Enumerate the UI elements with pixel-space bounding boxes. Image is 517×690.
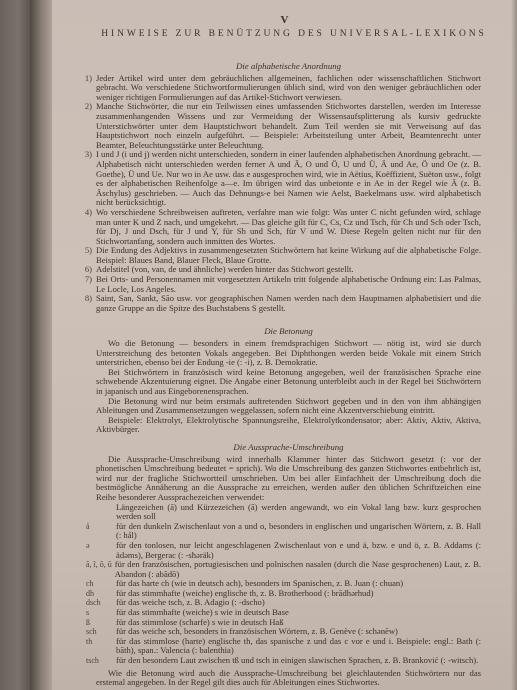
- pronunciation-text: für das stimmlose (harte) englische th, …: [116, 637, 481, 656]
- page-number: V: [52, 14, 517, 26]
- pronunciation-symbol: å: [86, 522, 116, 541]
- pronunciation-symbol: dh: [86, 589, 116, 599]
- pronunciation-symbol: [86, 503, 116, 522]
- list-item: 3)I und J (i und j) werden nicht untersc…: [96, 150, 481, 208]
- item-number: 1): [81, 74, 96, 103]
- item-text: Saint, San, Sankt, São usw. vor geograph…: [96, 294, 481, 313]
- item-number: 7): [81, 275, 96, 294]
- paragraph: Die Betonung wird nur beim erstmals auft…: [96, 397, 481, 416]
- page-content: Die alphabetische Anordnung 1)Jeder Arti…: [96, 62, 481, 688]
- list-item: 5)Die Endung des Adjektivs in zusammenge…: [96, 246, 481, 265]
- item-text: Jeder Artikel wird unter dem gebräuchlic…: [96, 74, 481, 103]
- list-item: 7)Bei Orts- und Personennamen mit vorges…: [96, 275, 481, 294]
- pronunciation-entry: åfür den dunkeln Zwischenlaut von a und …: [96, 522, 481, 541]
- pronunciation-text: für den besondern Laut zwischen tß und t…: [116, 656, 481, 666]
- item-text: Manche Stichwörter, die nur ein Teilwiss…: [96, 102, 481, 150]
- book-page: V HINWEISE ZUR BENÜTZUNG DES UNIVERSAL-L…: [52, 0, 517, 690]
- pronunciation-text: für den französischen, portugiesischen u…: [115, 560, 481, 579]
- section-title-pronunciation: Die Aussprache-Umschreibung: [96, 443, 481, 453]
- item-number: 5): [81, 246, 96, 265]
- pronunciation-symbol: ã, ĩ, õ, ũ: [86, 560, 115, 579]
- pronunciation-symbol: th: [86, 637, 116, 656]
- list-item: 1)Jeder Artikel wird unter dem gebräuchl…: [96, 74, 481, 103]
- pronunciation-symbol: ch: [86, 579, 116, 589]
- pronunciation-symbol: tsch: [86, 656, 116, 666]
- paragraph: Bei Stichwörtern in französisch wird kei…: [96, 368, 481, 397]
- item-number: 4): [81, 208, 96, 246]
- pronunciation-text: für den tonlosen, nur leicht angeschlage…: [116, 541, 481, 560]
- section-title-alphabetical: Die alphabetische Anordnung: [96, 62, 481, 72]
- pronunciation-symbol: dsch: [86, 598, 116, 608]
- item-number: 8): [81, 294, 96, 313]
- section-title-stress: Die Betonung: [96, 327, 481, 337]
- paragraph: Wo die Betonung — besonders in einem fre…: [96, 339, 481, 368]
- item-number: 2): [81, 102, 96, 150]
- item-number: 3): [81, 150, 96, 208]
- pronunciation-symbol: s: [86, 608, 116, 618]
- paragraph-examples: Beispiele: Elektrolyt, Elektrolytische S…: [96, 416, 481, 435]
- pronunciation-text: für den dunkeln Zwischenlaut von a und o…: [116, 522, 481, 541]
- paragraph-closing: Wie die Betonung wird auch die Aussprach…: [96, 669, 481, 688]
- pronunciation-entry: tschfür den besondern Laut zwischen tß u…: [96, 656, 481, 666]
- list-item: 2)Manche Stichwörter, die nur ein Teilwi…: [96, 102, 481, 150]
- paragraph: Die Aussprache-Umschreibung wird innerha…: [96, 455, 481, 503]
- pronunciation-symbol: ß: [86, 618, 116, 628]
- list-item: 4)Wo verschiedene Schreibweisen auftrete…: [96, 208, 481, 246]
- pronunciation-entry: thfür das stimmlose (harte) englische th…: [96, 637, 481, 656]
- item-text: Die Endung des Adjektivs in zusammengese…: [96, 246, 481, 265]
- page-edge-shadow: [511, 0, 517, 690]
- item-text: Bei Orts- und Personennamen mit vorgeset…: [96, 275, 481, 294]
- pronunciation-symbol: sch: [86, 627, 116, 637]
- book-gutter: [30, 0, 54, 690]
- pronunciation-symbol: ə: [86, 541, 116, 560]
- pronunciation-entry: Längezeichen (ā) und Kürzezeichen (ă) we…: [96, 503, 481, 522]
- pronunciation-entry: əfür den tonlosen, nur leicht angeschlag…: [96, 541, 481, 560]
- pronunciation-entry: ã, ĩ, õ, ũfür den französischen, portugi…: [96, 560, 481, 579]
- list-item: 8)Saint, San, Sankt, São usw. vor geogra…: [96, 294, 481, 313]
- pronunciation-text: Längezeichen (ā) und Kürzezeichen (ă) we…: [116, 503, 481, 522]
- page-title: HINWEISE ZUR BENÜTZUNG DES UNIVERSAL-LEX…: [84, 29, 504, 39]
- item-text: Wo verschiedene Schreibweisen auftreten,…: [96, 208, 481, 246]
- item-text: I und J (i und j) werden nicht unterschi…: [96, 150, 481, 208]
- book-spine: [0, 0, 30, 690]
